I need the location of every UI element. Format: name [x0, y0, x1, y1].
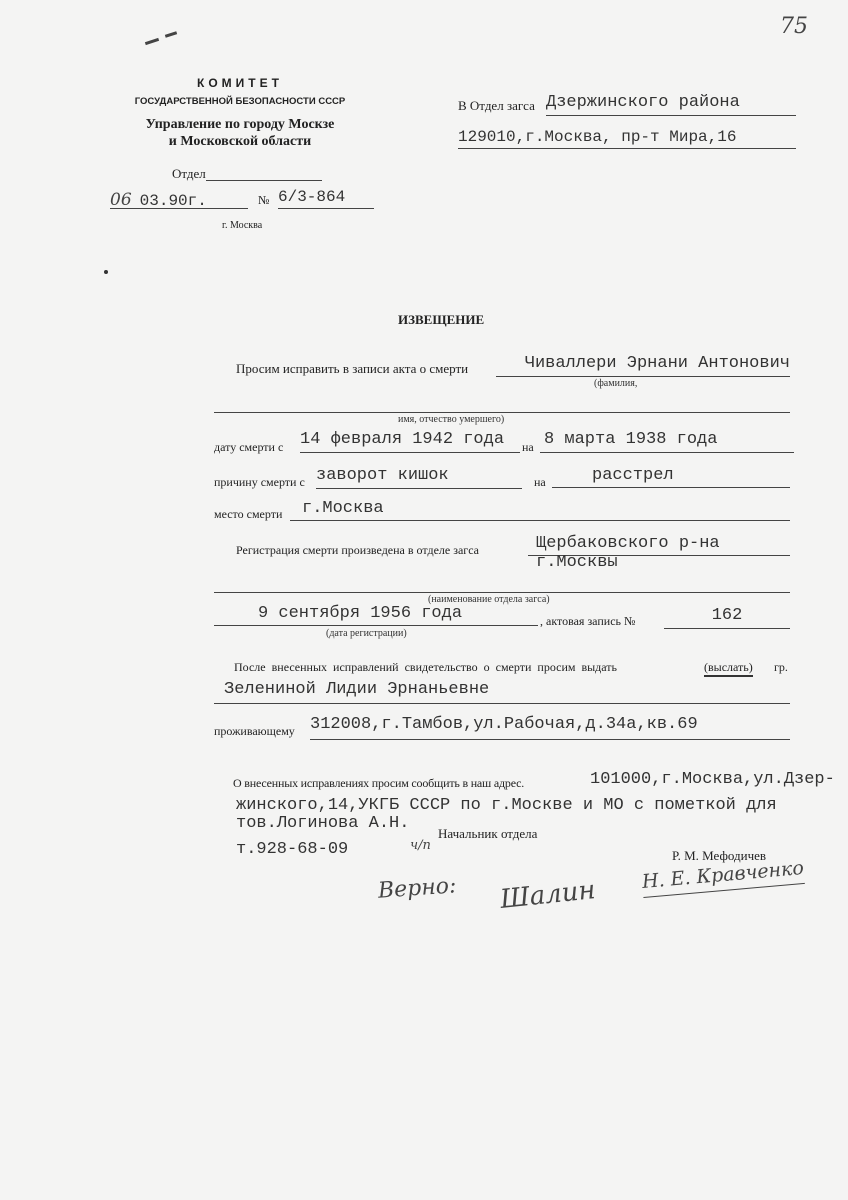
death-date-from: 14 февраля 1942 года — [300, 430, 520, 453]
org-line-3: Управление по городу Москзе — [120, 117, 360, 133]
cause-from: заворот кишок — [316, 466, 522, 489]
date-handwritten: 06 — [110, 190, 132, 210]
reply-label: О внесенных исправлениях просим сообщить… — [233, 776, 524, 791]
residing-label: проживающему — [214, 724, 295, 739]
certificate-text: После внесенных исправлений свидетельств… — [234, 660, 617, 675]
page-number: 75 — [780, 14, 808, 39]
recipient-label: В Отдел загса — [458, 98, 535, 114]
signature-position: Начальник отдела — [438, 826, 537, 842]
reply-address-3: тов.Логинова А.Н. — [236, 814, 409, 833]
org-line-1: КОМИТЕТ — [120, 76, 360, 90]
signature-1: Шалин — [499, 875, 597, 915]
scan-dot — [104, 270, 108, 274]
recipient-address: 129010,г.Москва, пр-т Мира,16 — [458, 128, 796, 149]
header-block: КОМИТЕТ ГОСУДАРСТВЕННОЙ БЕЗОПАСНОСТИ ССС… — [120, 76, 360, 150]
record-label: , актовая запись № — [540, 614, 635, 629]
reply-address-2: жинского,14,УКГБ СССР по г.Москве и МО с… — [236, 796, 777, 815]
org-line-4: и Московской области — [120, 134, 360, 150]
handwritten-initials: ч/п — [410, 838, 431, 853]
to-label: на — [522, 440, 534, 455]
certificate-send: (выслать) — [704, 660, 753, 677]
certificate-gr: гр. — [774, 660, 788, 675]
dept-line — [206, 180, 322, 181]
verified-label: Верно: — [377, 873, 457, 903]
caption-surname: (фамилия, — [594, 378, 637, 389]
cause-label: причину смерти с — [214, 475, 305, 490]
reply-address-1: 101000,г.Москва,ул.Дзер- — [590, 770, 835, 789]
record-number: 162 — [664, 606, 790, 629]
request-label: Просим исправить в записи акта о смерти — [236, 361, 468, 377]
city: г. Москва — [222, 220, 262, 231]
registration-office: Щербаковского р-на г.Москвы — [528, 534, 790, 556]
death-date-to: 8 марта 1938 года — [540, 430, 794, 453]
death-date-label: дату смерти с — [214, 440, 283, 455]
org-line-2: ГОСУДАРСТВЕННОЙ БЕЗОПАСНОСТИ СССР — [120, 96, 360, 107]
caption-name: имя, отчество умершего) — [398, 414, 504, 425]
registration-label: Регистрация смерти произведена в отделе … — [236, 543, 479, 558]
name-line — [214, 412, 790, 413]
phone: т.928-68-09 — [236, 840, 348, 859]
date-field: 06 03.90г. — [110, 190, 248, 209]
number-label: № — [258, 193, 269, 208]
cause-to: расстрел — [552, 466, 790, 488]
residing-address: 312008,г.Тамбов,ул.Рабочая,д.34а,кв.69 — [310, 715, 790, 740]
office-line — [214, 592, 790, 593]
place-value: г.Москва — [290, 499, 790, 521]
recipient-person: Зелениной Лидии Эрнаньевне — [214, 680, 790, 704]
recipient-name: Дзержинского района — [546, 93, 796, 116]
deceased-name: Чиваллери Эрнани Антонович — [496, 354, 790, 377]
place-label: место смерти — [214, 507, 282, 522]
caption-reg-date: (дата регистрации) — [326, 628, 407, 639]
scan-mark — [145, 38, 159, 45]
cause-to-label: на — [534, 475, 546, 490]
registration-date: 9 сентября 1956 года — [214, 604, 538, 626]
date-typed: 03.90г. — [140, 192, 207, 210]
number-value: 6/3-864 — [278, 188, 374, 209]
document-title: ИЗВЕЩЕНИЕ — [398, 312, 484, 328]
signature-2: Н. Е. Кравченко — [641, 857, 805, 898]
scan-mark — [165, 31, 177, 38]
dept-label: Отдел — [172, 166, 206, 182]
